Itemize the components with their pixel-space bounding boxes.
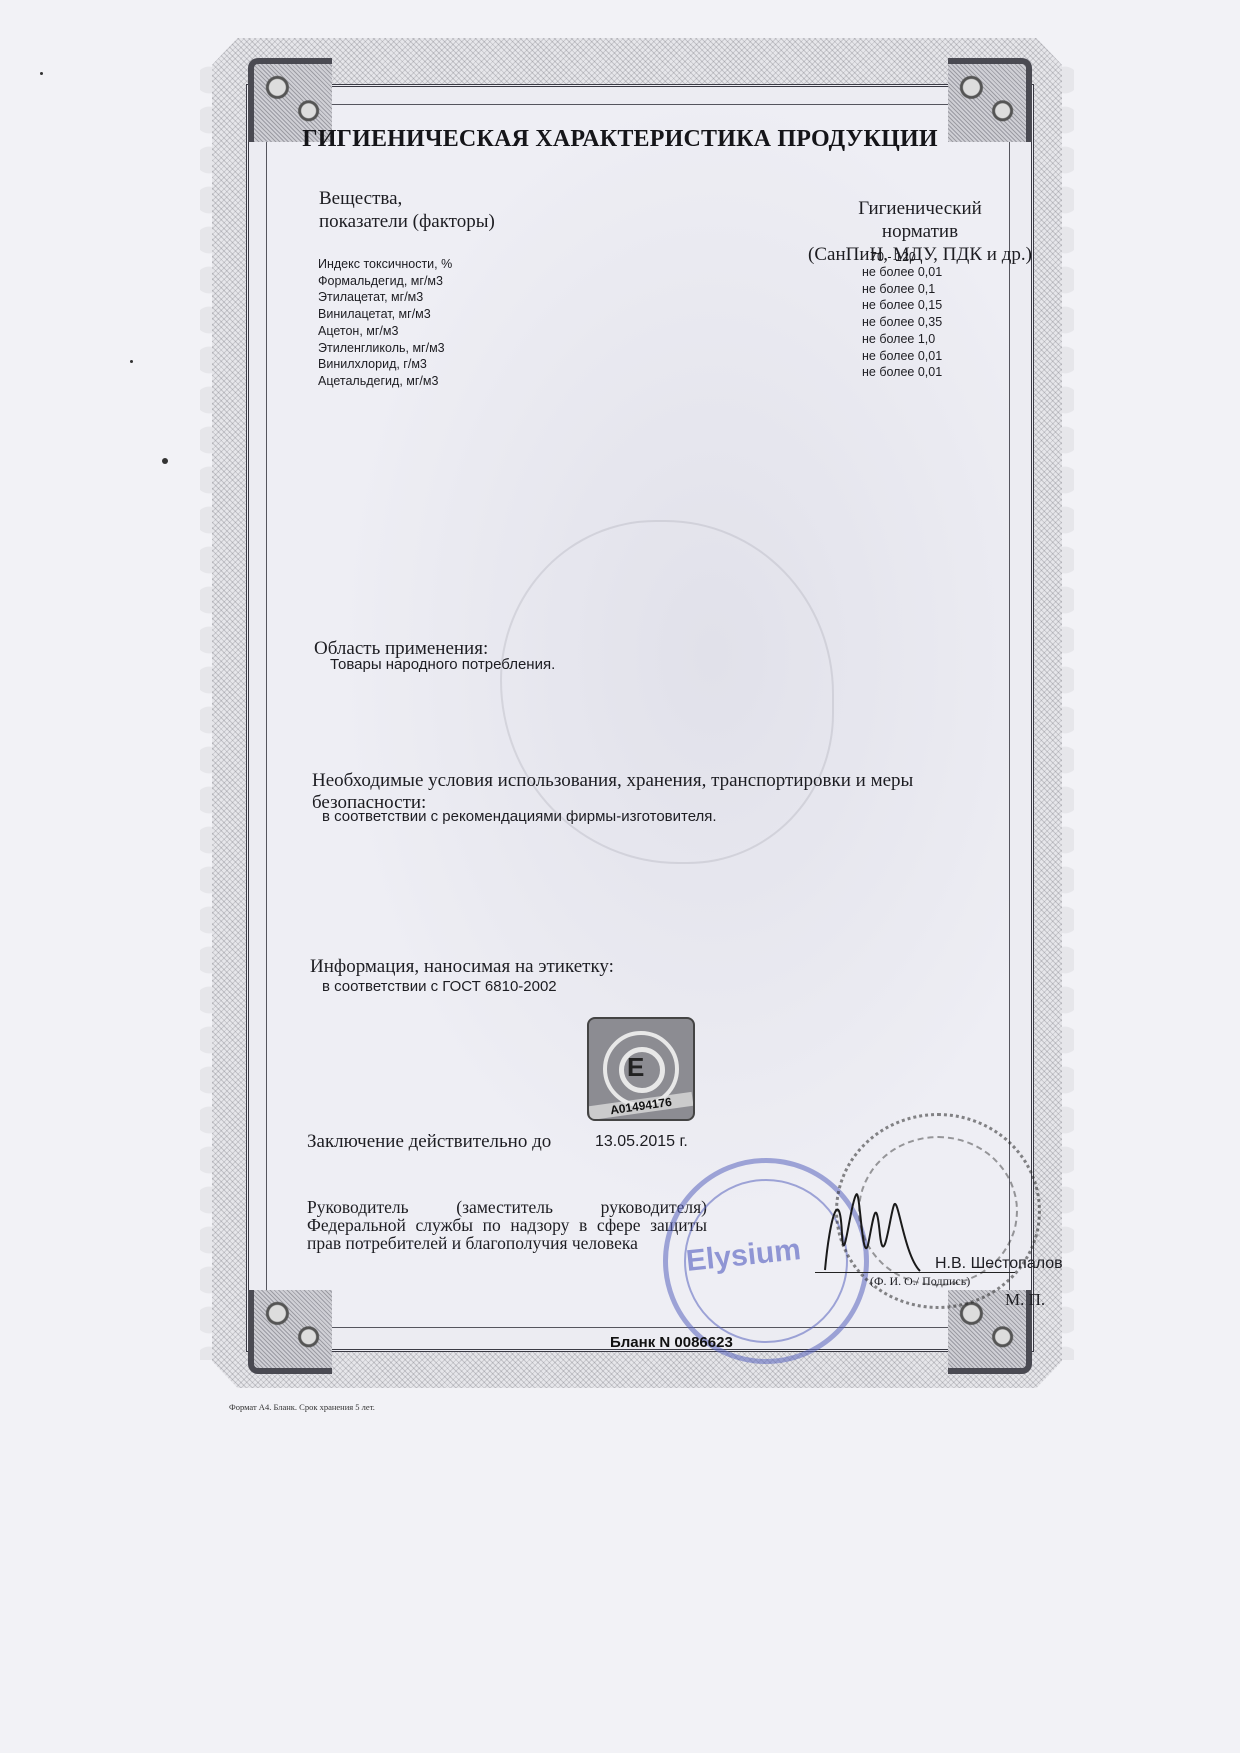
norm-value: не более 0,35 bbox=[862, 314, 942, 331]
substance-name: Винилацетат, мг/м3 bbox=[318, 306, 452, 323]
header-line: Вещества, bbox=[319, 187, 495, 210]
norm-value: не более 0,01 bbox=[862, 348, 942, 365]
substance-name: Этиленгликоль, мг/м3 bbox=[318, 340, 452, 357]
hologram-glyph: Е bbox=[627, 1052, 644, 1083]
substance-name: Формальдегид, мг/м3 bbox=[318, 273, 452, 290]
norm-value: не более 0,01 bbox=[862, 364, 942, 381]
norm-value: не более 0,15 bbox=[862, 297, 942, 314]
application-area-value: Товары народного потребления. bbox=[330, 656, 555, 673]
substance-name: Ацетон, мг/м3 bbox=[318, 323, 452, 340]
substances-column-header: Вещества, показатели (факторы) bbox=[319, 187, 495, 233]
signature-icon bbox=[820, 1175, 930, 1275]
norm-value: не более 0,1 bbox=[862, 281, 942, 298]
blank-number: Бланк N 0086623 bbox=[610, 1334, 733, 1351]
corner-ornament-icon bbox=[248, 1290, 332, 1374]
header-line: Гигиенический bbox=[790, 197, 1050, 220]
validity-date: 13.05.2015 г. bbox=[595, 1133, 688, 1151]
substance-name: Ацетальдегид, мг/м3 bbox=[318, 373, 452, 390]
signer-name: Н.В. Шестопалов bbox=[935, 1255, 1063, 1273]
norm-value: не более 0,01 bbox=[862, 264, 942, 281]
signature-caption: (Ф. И. О./ Подпись) bbox=[870, 1274, 970, 1289]
norms-list: 70 - 120 не более 0,01 не более 0,1 не б… bbox=[862, 251, 942, 381]
authority-text: Руководитель (заместитель руководителя) … bbox=[307, 1198, 707, 1252]
scan-speck bbox=[40, 72, 43, 75]
header-line: показатели (факторы) bbox=[319, 210, 495, 233]
conditions-value: в соответствии с рекомендациями фирмы-из… bbox=[322, 808, 717, 825]
validity-label: Заключение действительно до bbox=[307, 1131, 551, 1153]
scan-speck bbox=[162, 458, 168, 464]
stamp-place: М. П. bbox=[1005, 1290, 1045, 1310]
header-line: норматив bbox=[790, 220, 1050, 243]
norm-value: 70 - 120 bbox=[870, 251, 942, 264]
label-info-label: Информация, наносимая на этикетку: bbox=[310, 956, 614, 978]
scan-speck bbox=[130, 360, 133, 363]
substance-name: Винилхлорид, г/м3 bbox=[318, 356, 452, 373]
label-info-value: в соответствии с ГОСТ 6810-2002 bbox=[322, 978, 557, 995]
hologram-seal-icon: Е A01494176 bbox=[587, 1017, 695, 1121]
footnote: Формат А4. Бланк. Срок хранения 5 лет. bbox=[229, 1402, 375, 1412]
substance-name: Этилацетат, мг/м3 bbox=[318, 289, 452, 306]
substance-name: Индекс токсичности, % bbox=[318, 256, 452, 273]
norm-value: не более 1,0 bbox=[862, 331, 942, 348]
document-title: ГИГИЕНИЧЕСКАЯ ХАРАКТЕРИСТИКА ПРОДУКЦИИ bbox=[0, 126, 1240, 153]
substances-list: Индекс токсичности, % Формальдегид, мг/м… bbox=[318, 256, 452, 390]
